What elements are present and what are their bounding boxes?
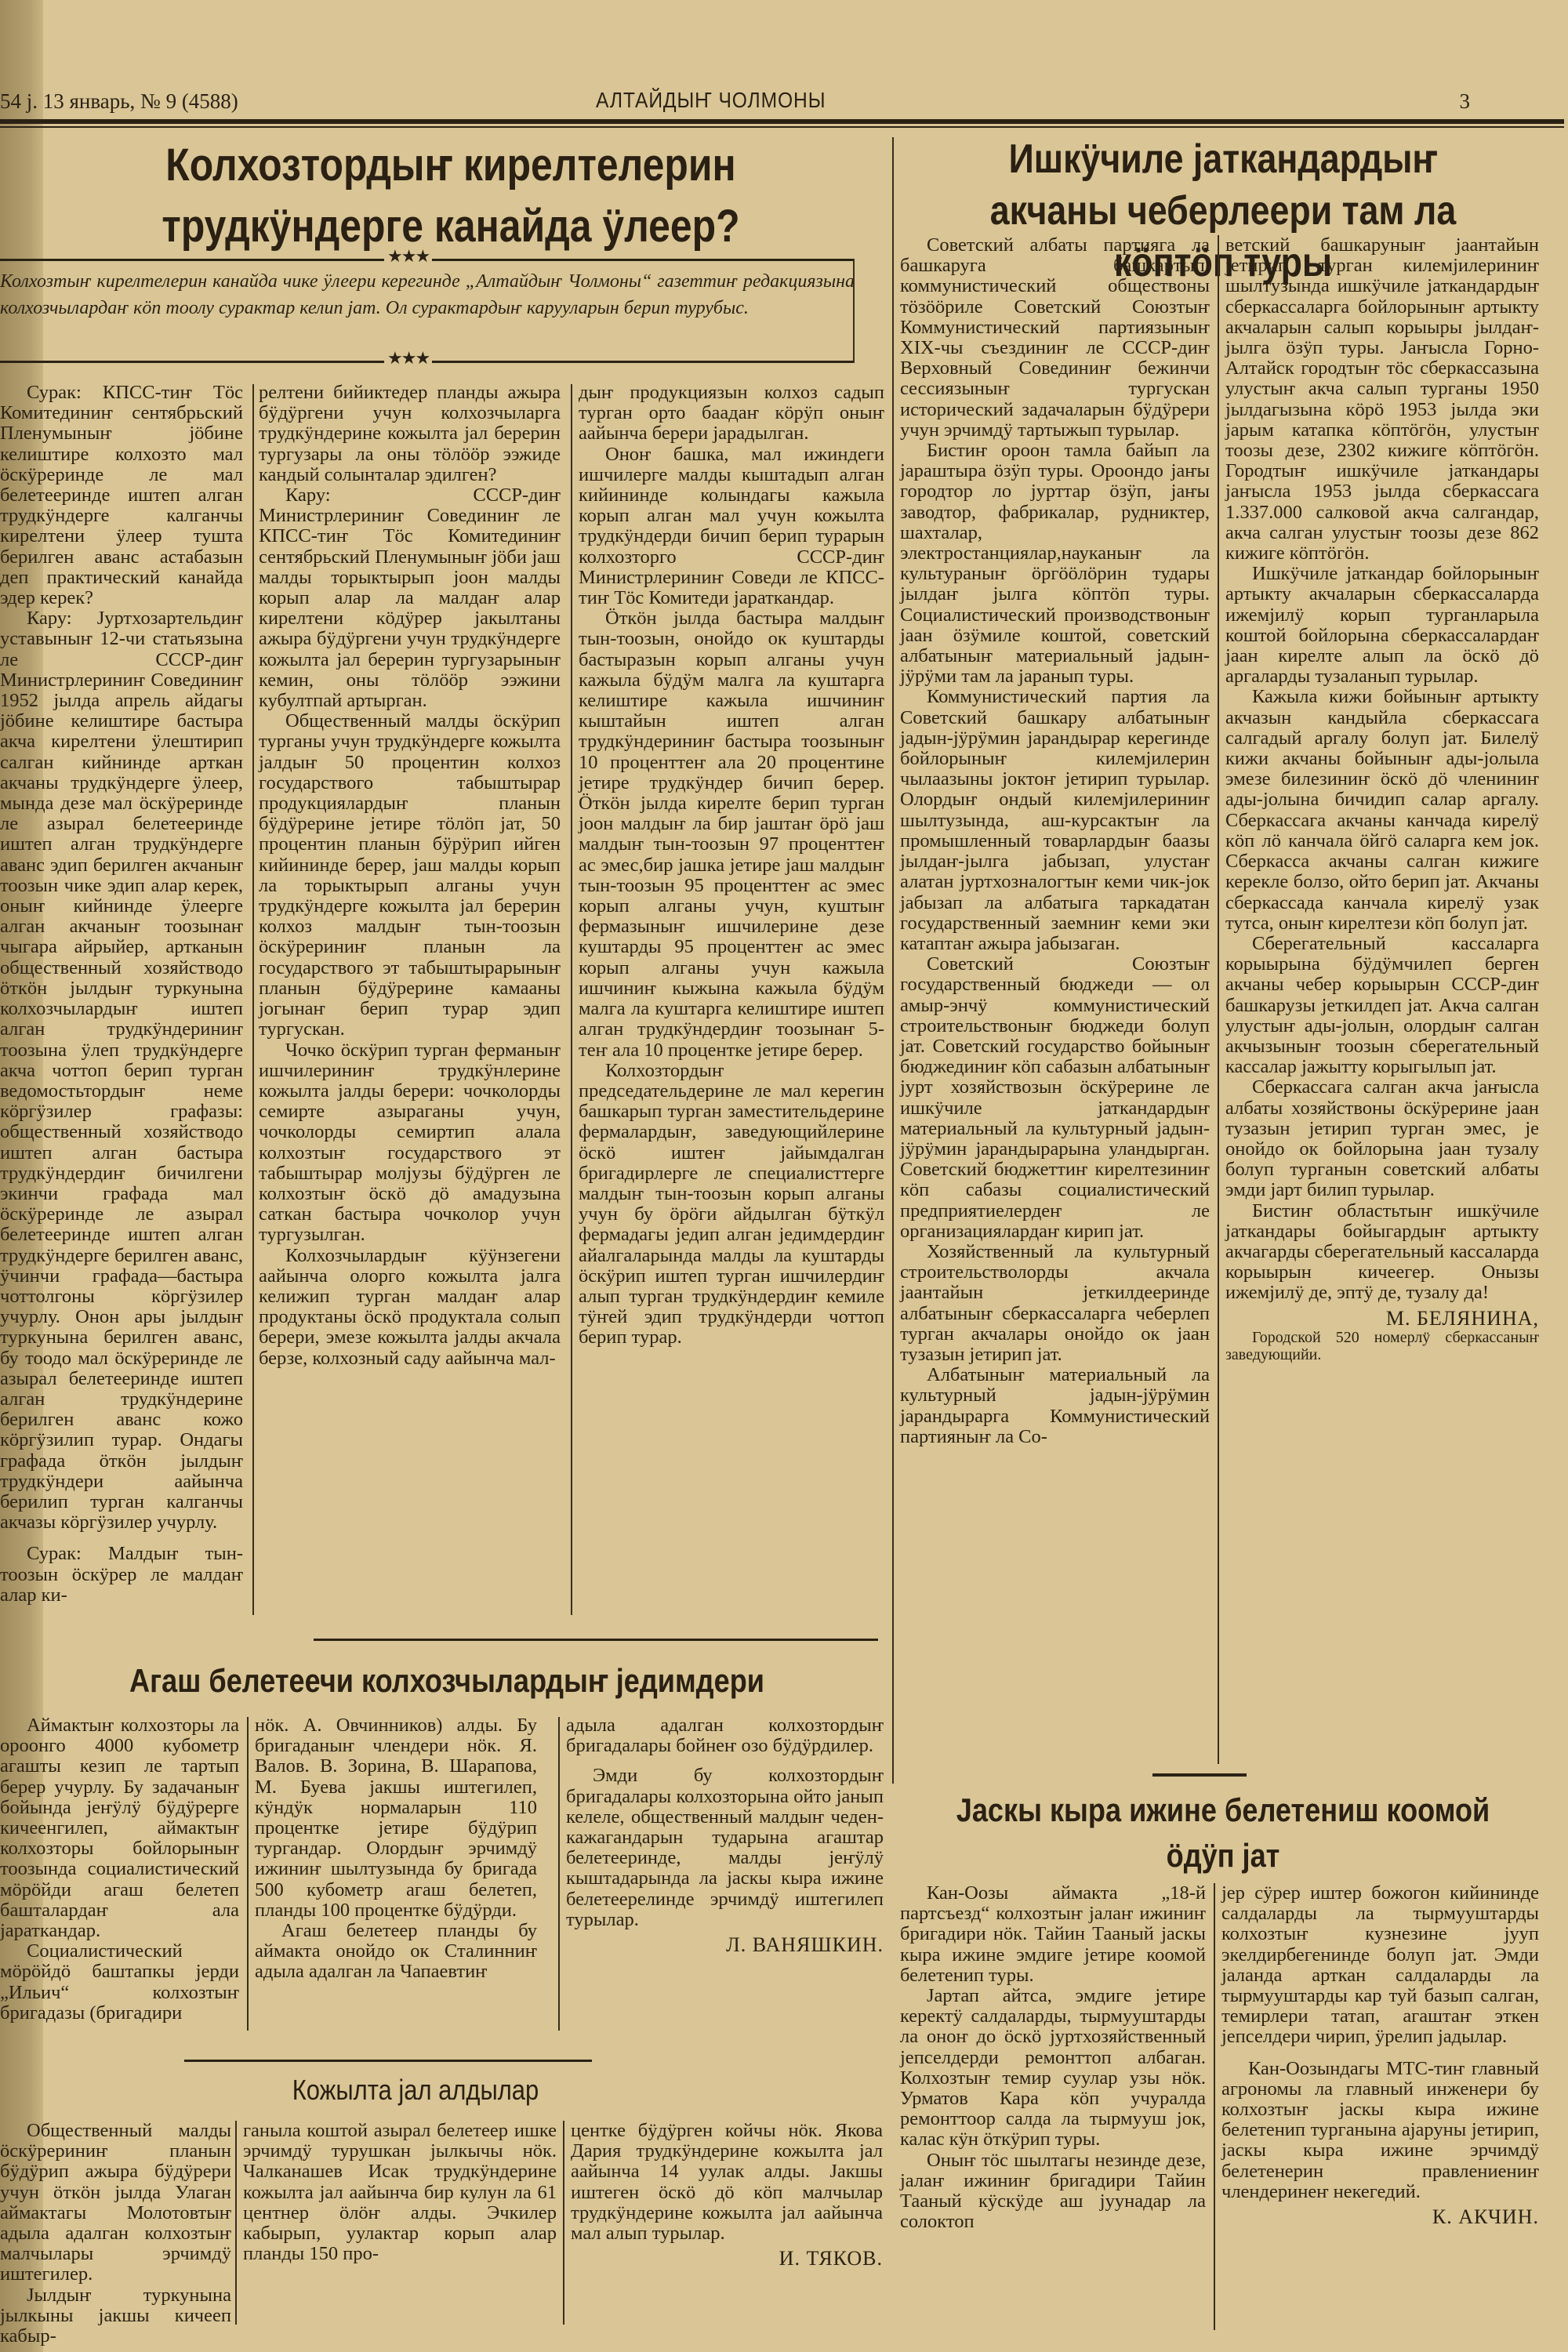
issue-date: 54 j. 13 январь, № 9 (4588) bbox=[0, 89, 238, 114]
running-header: 54 j. 13 январь, № 9 (4588) АЛТАЙДЫҤ ЧОЛ… bbox=[0, 88, 1556, 116]
article1-title: Колхозтордыҥ кирелтелерин трудкӱндерге к… bbox=[100, 135, 801, 257]
article3-title: Агаш белетеечи колхозчылардыҥ једимдери bbox=[100, 1662, 794, 1700]
paragraph: Аймактыҥ колхозторы ла ороонго 4000 кубо… bbox=[0, 1715, 239, 1941]
column-divider bbox=[252, 384, 254, 1615]
article4-column-2: ганыла коштой азырал белетеер ишке эрчим… bbox=[243, 2121, 557, 2264]
paragraph: Кару: Јуртхозартельдиҥ уставыныҥ 12-чи с… bbox=[0, 608, 243, 1533]
page-number: 3 bbox=[1460, 89, 1471, 114]
paragraph: Советский албаты партияга ла башкаруга б… bbox=[900, 235, 1210, 441]
column-divider bbox=[235, 2121, 237, 2325]
paragraph: Кару: СССР-диҥ Министрлериниҥ Совединиҥ … bbox=[259, 485, 561, 711]
paragraph: Эмди бу колхозтордыҥ бригадалары колхозт… bbox=[566, 1766, 884, 1930]
column-divider bbox=[1218, 235, 1219, 1764]
newspaper-page: 54 j. 13 январь, № 9 (4588) АЛТАЙДЫҤ ЧОЛ… bbox=[0, 0, 1568, 2352]
paragraph: Оныҥ тӧс шылтагы незинде дезе, јалаҥ ижи… bbox=[900, 2151, 1206, 2233]
author-signature: Л. ВАНЯШКИН. bbox=[566, 1935, 884, 1955]
paragraph: ветский башкаруныҥ јаантайын јетирип тур… bbox=[1225, 235, 1539, 564]
paragraph: Ӧткӧн јылда бастыра малдыҥ тын-тоозын, о… bbox=[579, 608, 884, 1060]
paragraph: дыҥ продукциязын колхоз садып турган орт… bbox=[579, 383, 884, 445]
author-signature: М. БЕЛЯНИНА, bbox=[1225, 1308, 1539, 1329]
paragraph: Сурак: КПСС-тиҥ Тӧс Комитединиҥ сентябрь… bbox=[0, 383, 243, 608]
separator-rule bbox=[314, 1639, 878, 1641]
paragraph: нӧк. А. Овчинников) алды. Бу бригаданыҥ … bbox=[255, 1715, 537, 1921]
article1-column-3: дыҥ продукциязын колхоз садып турган орт… bbox=[579, 383, 884, 1348]
lead-box-right bbox=[853, 259, 855, 363]
paragraph: Советский Союзтыҥ государственный бюджед… bbox=[900, 954, 1210, 1242]
paragraph: јер сӱрер иштер божогон кийининде салдал… bbox=[1221, 1883, 1539, 2048]
article4-column-3: центке бӱдӱрген койчы нӧк. Якова Дария т… bbox=[571, 2121, 883, 2269]
column-divider bbox=[563, 2121, 564, 2325]
paragraph: Общественный малды ӧскӱрип турганы учун … bbox=[259, 711, 561, 1040]
article3-column-2: нӧк. А. Овчинников) алды. Бу бригаданыҥ … bbox=[255, 1715, 537, 1983]
column-divider bbox=[558, 1717, 560, 2031]
paragraph: Сберкассага салган акча јаҥысла албаты х… bbox=[1225, 1077, 1539, 1200]
paragraph: Колхозчылардыҥ кӱӱнзегени аайынча олорго… bbox=[259, 1246, 561, 1369]
paragraph: Общественный малды ӧскӱрериниҥ планын бӱ… bbox=[0, 2121, 231, 2285]
author-title: Городской 520 номерлӱ сберкассаныҥ завед… bbox=[1225, 1329, 1539, 1363]
page-column-divider bbox=[892, 137, 894, 1784]
article5-title: Јаскы кыра ижине белетениш коомой ӧдӱп ј… bbox=[946, 1788, 1499, 1878]
stars-ornament: ★★★ bbox=[384, 246, 432, 267]
paragraph: Кажыла кижи бойыныҥ артыкту акчазын канд… bbox=[1225, 687, 1539, 933]
stars-ornament: ★★★ bbox=[384, 348, 432, 368]
header-rule-thin bbox=[0, 126, 1564, 128]
article2-column-1: Советский албаты партияга ла башкаруга б… bbox=[900, 235, 1210, 1447]
paragraph: Бистиҥ областьтыҥ ишкӱчиле јаткандары бо… bbox=[1225, 1201, 1539, 1304]
article5-column-2: јер сӱрер иштер божогон кийининде салдал… bbox=[1221, 1883, 1539, 2227]
author-signature: И. ТЯКОВ. bbox=[571, 2249, 883, 2269]
paragraph: Албатыныҥ материальный ла культурный јад… bbox=[900, 1365, 1210, 1447]
column-divider bbox=[247, 1717, 249, 2031]
paragraph: Бистиҥ ороон тамла байып ла јараштыра ӧз… bbox=[900, 441, 1210, 687]
newspaper-name: АЛТАЙДЫҤ ЧОЛМОНЫ bbox=[596, 88, 826, 113]
paragraph: Хозяйственный ла культурный строительств… bbox=[900, 1242, 1210, 1365]
header-rule bbox=[0, 119, 1564, 124]
paragraph: Чочко ӧскӱрип турган ферманыҥ ишчилерини… bbox=[259, 1040, 561, 1246]
article1-column-2: релтени бийиктедер планды ажыра бӱдӱрген… bbox=[259, 383, 561, 1369]
article1-lead: Колхозтыҥ кирелтелерин канайда чике ӱлее… bbox=[0, 268, 862, 321]
paragraph: Колхозтордыҥ председательдерине ле мал к… bbox=[579, 1061, 884, 1348]
paragraph: Кан-Оозындагы МТС-тиҥ главный агрономы л… bbox=[1221, 2059, 1539, 2202]
column-divider bbox=[571, 384, 572, 1615]
paragraph: Јартап айтса, эмдиге јетире керектӱ салд… bbox=[900, 1986, 1206, 2151]
separator-rule bbox=[184, 2060, 592, 2062]
paragraph: релтени бийиктедер планды ажыра бӱдӱрген… bbox=[259, 383, 561, 485]
paragraph: Коммунистический партия ла Советский баш… bbox=[900, 687, 1210, 954]
article3-column-1: Аймактыҥ колхозторы ла ороонго 4000 кубо… bbox=[0, 1715, 239, 2024]
author-signature: К. АКЧИН. bbox=[1221, 2207, 1539, 2227]
paragraph: Социалистический мӧрӧйдӧ баштапкы јерди … bbox=[0, 1941, 239, 2024]
article4-column-1: Общественный малды ӧскӱрериниҥ планын бӱ… bbox=[0, 2121, 231, 2347]
column-divider bbox=[1214, 1883, 1215, 2330]
paragraph: Сберегательный кассаларга корыырына бӱдӱ… bbox=[1225, 934, 1539, 1077]
paragraph: ганыла коштой азырал белетеер ишке эрчим… bbox=[243, 2121, 557, 2264]
article2-column-2: ветский башкаруныҥ јаантайын јетирип тур… bbox=[1225, 235, 1539, 1363]
separator-rule bbox=[1152, 1773, 1247, 1777]
paragraph: Агаш белетеер планды бу аймакта онойдо о… bbox=[255, 1921, 537, 1983]
paragraph: Јылдыҥ туркунына јылкыны јакшы кичееп ка… bbox=[0, 2285, 231, 2347]
paragraph: Ишкӱчиле јаткандар бойлорыныҥ артыкту ак… bbox=[1225, 564, 1539, 687]
paragraph: Кан-Оозы аймакта „18-й партсъезд“ колхоз… bbox=[900, 1883, 1206, 1986]
article5-column-1: Кан-Оозы аймакта „18-й партсъезд“ колхоз… bbox=[900, 1883, 1206, 2232]
article3-column-3: адыла адалган колхозтордыҥ бригадалары б… bbox=[566, 1715, 884, 1955]
paragraph: центке бӱдӱрген койчы нӧк. Якова Дария т… bbox=[571, 2121, 883, 2244]
article4-title: Кожылта јал алдылар bbox=[240, 2074, 590, 2107]
paragraph: Оноҥ башка, мал ижиндеги ишчилерге малды… bbox=[579, 445, 884, 609]
paragraph: Сурак: Малдыҥ тын-тоозын ӧскӱрер ле малд… bbox=[0, 1544, 243, 1606]
article1-column-1: Сурак: КПСС-тиҥ Тӧс Комитединиҥ сентябрь… bbox=[0, 383, 243, 1606]
paragraph: адыла адалган колхозтордыҥ бригадалары б… bbox=[566, 1715, 884, 1756]
